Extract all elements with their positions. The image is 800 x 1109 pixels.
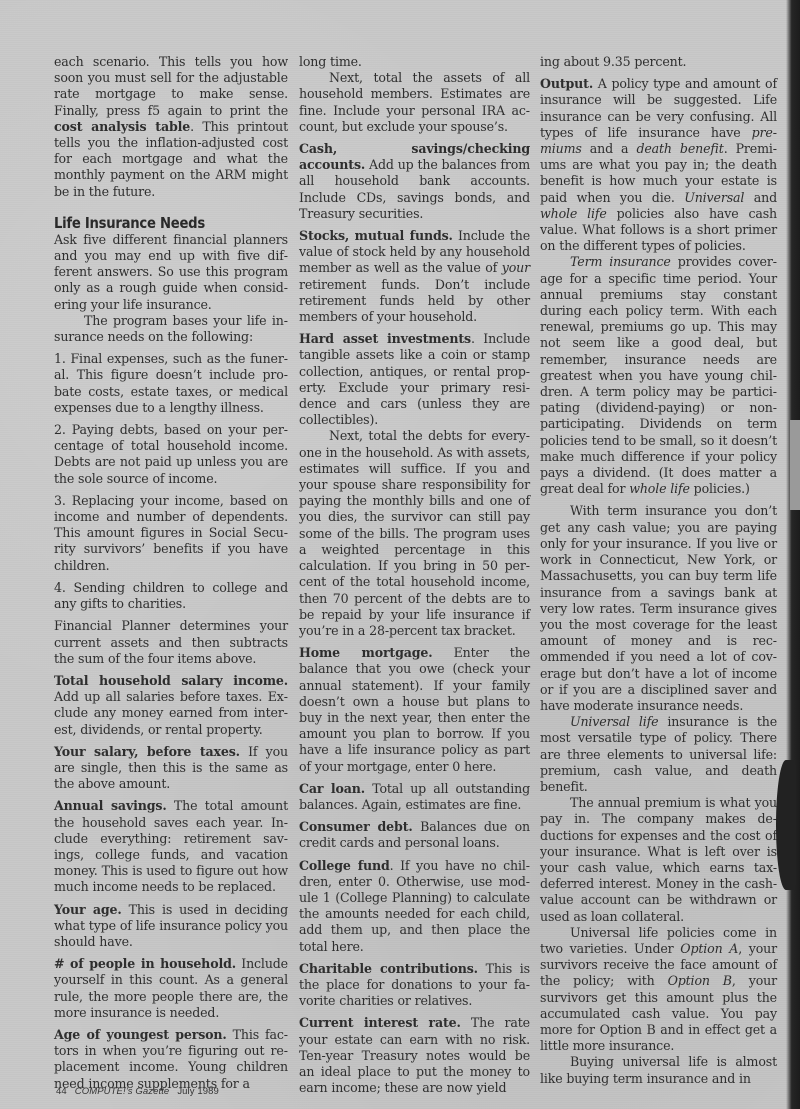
emphasis: death benefit xyxy=(636,141,723,156)
column-3: ing about 9.35 percent. Output. A policy… xyxy=(540,54,777,1087)
paragraph-intro: each scenario. This tells you how soon y… xyxy=(54,54,288,200)
entry-lead: Hard asset investments xyxy=(299,331,471,346)
emphasis: Option A xyxy=(680,941,738,956)
paragraph-annual-premium: The annual premium is what you pay in. T… xyxy=(540,795,777,925)
paragraph-assets: Next, total the assets of all household … xyxy=(299,70,530,135)
entry-lead: Total household salary income. xyxy=(54,673,288,688)
entry: Cash, savings/checking accounts. Add up … xyxy=(299,141,530,222)
emphasis: whole life xyxy=(629,481,690,496)
entry: Home mortgage. Enter the balance that yo… xyxy=(299,645,530,775)
entry: Charitable contributions. This is the pl… xyxy=(299,961,530,1010)
entry: Consumer debt. Balances due on credit ca… xyxy=(299,819,530,851)
emphasis: Universal life xyxy=(570,714,658,729)
torn-page-edge xyxy=(786,0,800,1109)
text: policies.) xyxy=(690,481,750,496)
entry-output: Output. A policy type and amount of insu… xyxy=(540,76,777,254)
entry-text: retirement funds. Don’t in­clude retirem… xyxy=(299,277,530,324)
paragraph-continued: long time. xyxy=(299,54,530,70)
emphasis: Option B xyxy=(668,973,732,988)
paragraph-bases: The program bases your life in­surance n… xyxy=(54,313,288,345)
entry: Your salary, before taxes. If you are si… xyxy=(54,744,288,793)
list-item: 1. Final expenses, such as the funer­al.… xyxy=(54,351,288,416)
entry-lead: Stocks, mutual funds. xyxy=(299,228,453,243)
emphasis: whole life xyxy=(540,206,607,221)
text: provides cover­age for a specific time p… xyxy=(540,254,777,496)
list-item: 3. Replacing your income, based on incom… xyxy=(54,493,288,574)
publication-name: COMPUTE!’s Gazette xyxy=(75,1086,170,1097)
entry: Current interest rate. The rate your est… xyxy=(299,1015,530,1096)
paragraph-no-cash-value: With term insurance you don’t get any ca… xyxy=(540,503,777,714)
entry: Hard asset investments. Include tangible… xyxy=(299,331,530,428)
paragraph-planner: Financial Planner determines your curren… xyxy=(54,618,288,667)
entry: Car loan. Total up all outstanding balan… xyxy=(299,781,530,813)
issue-date: July 1989 xyxy=(177,1086,219,1097)
entry-lead: # of people in household. xyxy=(54,956,236,971)
entry: Your age. This is used in deciding what … xyxy=(54,902,288,951)
magazine-page: each scenario. This tells you how soon y… xyxy=(0,0,800,1109)
entry-lead: Car loan. xyxy=(299,781,365,796)
term-cost-analysis-table: cost analysis table xyxy=(54,119,190,134)
entry-lead: Charitable contributions. xyxy=(299,961,478,976)
page-footer: 44COMPUTE!’s GazetteJuly 1989 xyxy=(56,1086,219,1097)
text: and a xyxy=(582,141,637,156)
entry-lead: Your age. xyxy=(54,902,122,917)
entry-text: Add up all salaries before taxes. Ex­clu… xyxy=(54,689,288,736)
entry: Age of youngest person. This fac­tors in… xyxy=(54,1027,288,1092)
entry-lead: Annual savings. xyxy=(54,798,167,813)
emphasis: Universal xyxy=(684,190,744,205)
column-2: long time. Next, total the assets of all… xyxy=(299,54,530,1102)
emphasis: your xyxy=(502,260,530,275)
entry: # of people in household. Include yourse… xyxy=(54,956,288,1021)
entry: Annual savings. The total amount the hou… xyxy=(54,798,288,895)
entry-lead: Consumer debt. xyxy=(299,819,413,834)
entry-lead: Output. xyxy=(540,76,593,91)
edge-tear xyxy=(776,760,796,890)
paragraph-universal-life: Universal life insurance is the most ver… xyxy=(540,714,777,795)
entry: Total household salary income. Add up al… xyxy=(54,673,288,738)
entry-lead: College fund xyxy=(299,858,390,873)
entry: Stocks, mutual funds. Include the value … xyxy=(299,228,530,325)
paragraph-options: Universal life policies come in two vari… xyxy=(540,925,777,1055)
column-1: each scenario. This tells you how soon y… xyxy=(54,54,288,1098)
emphasis: Term insurance xyxy=(570,254,671,269)
paragraph-term-insurance: Term insurance provides cover­age for a … xyxy=(540,254,777,497)
entry-lead: Home mortgage. xyxy=(299,645,433,660)
entry-lead: Age of youngest person. xyxy=(54,1027,227,1042)
edge-gap xyxy=(790,420,800,510)
list-item: 4. Sending children to college and any g… xyxy=(54,580,288,612)
list-item: 2. Paying debts, based on your per­centa… xyxy=(54,422,288,487)
section-heading: Life Insurance Needs xyxy=(54,214,260,232)
paragraph-debts: Next, total the debts for every­one in t… xyxy=(299,428,530,639)
page-number: 44 xyxy=(56,1086,67,1097)
entry-text: Enter the balance that you owe (check yo… xyxy=(299,645,530,773)
text: and xyxy=(744,190,777,205)
entry-lead: Current interest rate. xyxy=(299,1015,461,1030)
paragraph-continued: ing about 9.35 percent. xyxy=(540,54,777,70)
paragraph-buying: Buying universal life is almost like buy… xyxy=(540,1054,777,1086)
text: each scenario. This tells you how soon y… xyxy=(54,54,288,118)
paragraph-ask: Ask five different financial planners an… xyxy=(54,232,288,313)
entry: College fund. If you have no chil­dren, … xyxy=(299,858,530,955)
entry-lead: Your salary, before taxes. xyxy=(54,744,240,759)
